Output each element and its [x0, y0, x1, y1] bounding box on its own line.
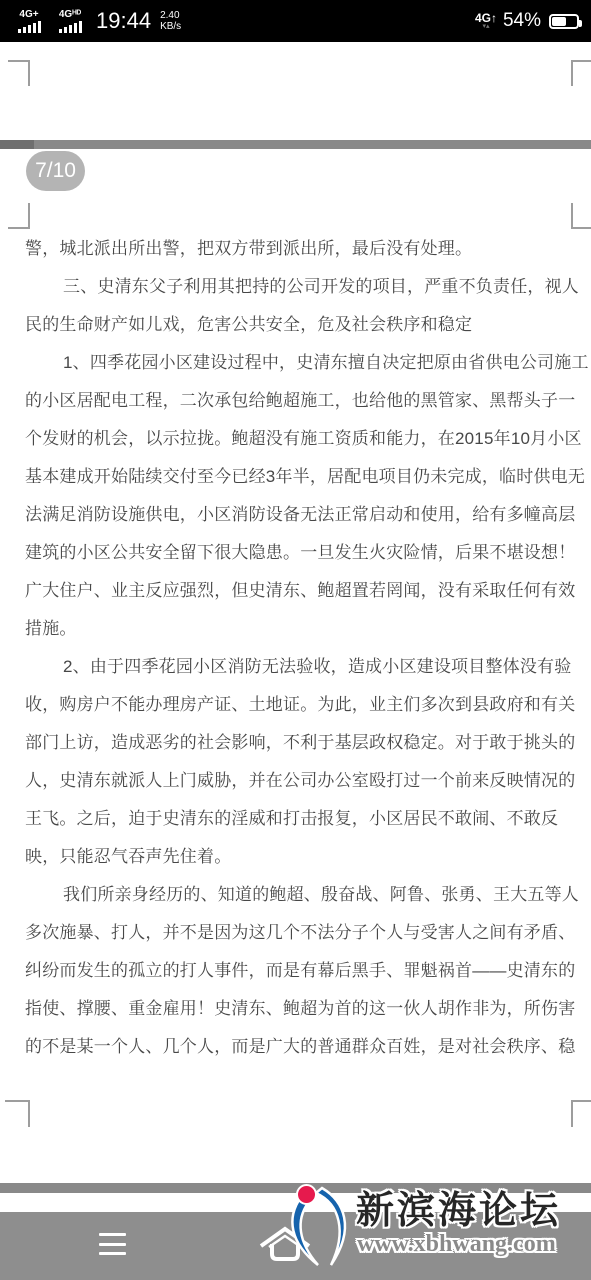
page-corner-mark [8, 60, 30, 86]
document-line: 多次施暴、打人，并不是因为这几个不法分子个人与受害人之间有矛盾、 [25, 914, 567, 952]
battery-percent-label: 54% [503, 10, 541, 32]
signal-bars-icon [18, 21, 41, 33]
page-corner-mark [571, 203, 591, 229]
network-speed: 2.40 KB/s [160, 10, 181, 32]
battery-nub [579, 20, 582, 27]
network-speed-value: 2.40 [160, 10, 179, 21]
page-corner-mark [571, 60, 591, 86]
battery-icon [549, 14, 579, 29]
document-line: 措施。 [25, 610, 567, 648]
forum-site-url: www.xbhwang.com [357, 1231, 556, 1257]
document-line: 的小区居配电工程，二次承包给鲍超施工，也给他的黑管家、黑帮头子一 [25, 382, 567, 420]
document-line: 映，只能忍气吞声先住着。 [25, 838, 567, 876]
signal-bars-icon [59, 21, 82, 33]
document-line: 部门上访，造成恶劣的社会影响，不利于基层政权稳定。对于敢于挑头的 [25, 724, 567, 762]
document-line: 人，史清东就派人上门威胁，并在公司办公室殴打过一个前来反映情况的 [25, 762, 567, 800]
page-corner-mark [571, 1100, 591, 1127]
data-arrows-icon: ▾▴ [475, 24, 497, 30]
document-line: 基本建成开始陆续交付至今已经3年半，居配电项目仍未完成，临时供电无 [25, 458, 567, 496]
signal-strength-icon-sim2: 4Gᴴᴰ [53, 10, 87, 33]
forum-logo-icon [281, 1184, 363, 1273]
document-line: 王飞。之后，迫于史清东的淫威和打击报复，小区居民不敢闹、不敢反 [25, 800, 567, 838]
signal-strength-icon-sim1: 4G+ [12, 10, 46, 33]
document-line: 2、由于四季花园小区消防无法验收，造成小区建设项目整体没有验 [25, 648, 567, 686]
document-line: 纠纷而发生的孤立的打人事件，而是有幕后黑手、罪魁祸首——史清东的 [25, 952, 567, 990]
document-line: 法满足消防设施供电，小区消防设备无法正常启动和使用，给有多幢高层 [25, 496, 567, 534]
data-connection-icon: 4G↑ ▾▴ [475, 13, 497, 30]
document-line: 的不是某一个人、几个人，而是广大的普通群众百姓，是对社会秩序、稳 [25, 1028, 567, 1066]
battery-fill [552, 17, 566, 26]
document-line: 1、四季花园小区建设过程中，史清东擅自决定把原由省供电公司施工 [25, 344, 567, 382]
network-type-label-sim2: 4Gᴴᴰ [59, 10, 81, 20]
status-bar: 4G+ 4Gᴴᴰ 19:44 2.40 KB/s 4G↑ ▾▴ 54% [0, 0, 591, 42]
page-gap-progress [0, 140, 34, 149]
document-line: 建筑的小区公共安全留下很大隐患。一旦发生火灾险情，后果不堪设想！ [25, 534, 567, 572]
document-line: 指使、撑腰、重金雇用！史清东、鲍超为首的这一伙人胡作非为，所伤害 [25, 990, 567, 1028]
page-gap-bar-top [0, 140, 591, 149]
document-line: 个发财的机会，以示拉拢。鲍超没有施工资质和能力，在2015年10月小区 [25, 420, 567, 458]
menu-icon[interactable] [99, 1233, 126, 1255]
document-line: 广大住户、业主反应强烈，但史清东、鲍超置若罔闻，没有采取任何有效 [25, 572, 567, 610]
document-line: 我们所亲身经历的、知道的鲍超、殷奋战、阿鲁、张勇、王大五等人 [25, 876, 567, 914]
forum-site-name: 新滨海论坛 [356, 1190, 591, 1232]
page-corner-mark [5, 1100, 30, 1127]
document-line: 三、史清东父子利用其把持的公司开发的项目，严重不负责任，视人 [25, 268, 567, 306]
document-line: 民的生命财产如儿戏，危害公共安全，危及社会秩序和稳定 [25, 306, 567, 344]
document-page[interactable]: 警，城北派出所出警，把双方带到派出所，最后没有处理。三、史清东父子利用其把持的公… [25, 230, 567, 1066]
network-type-label-sim1: 4G+ [19, 10, 38, 20]
document-line: 警，城北派出所出警，把双方带到派出所，最后没有处理。 [25, 230, 567, 268]
page-number-badge: 7/10 [26, 151, 85, 191]
page-corner-mark [8, 203, 30, 229]
clock-time: 19:44 [96, 10, 151, 32]
document-line: 收，购房户不能办理房产证、土地证。为此，业主们多次到县政府和有关 [25, 686, 567, 724]
forum-logo-dot [296, 1184, 317, 1205]
network-speed-unit: KB/s [160, 21, 181, 32]
